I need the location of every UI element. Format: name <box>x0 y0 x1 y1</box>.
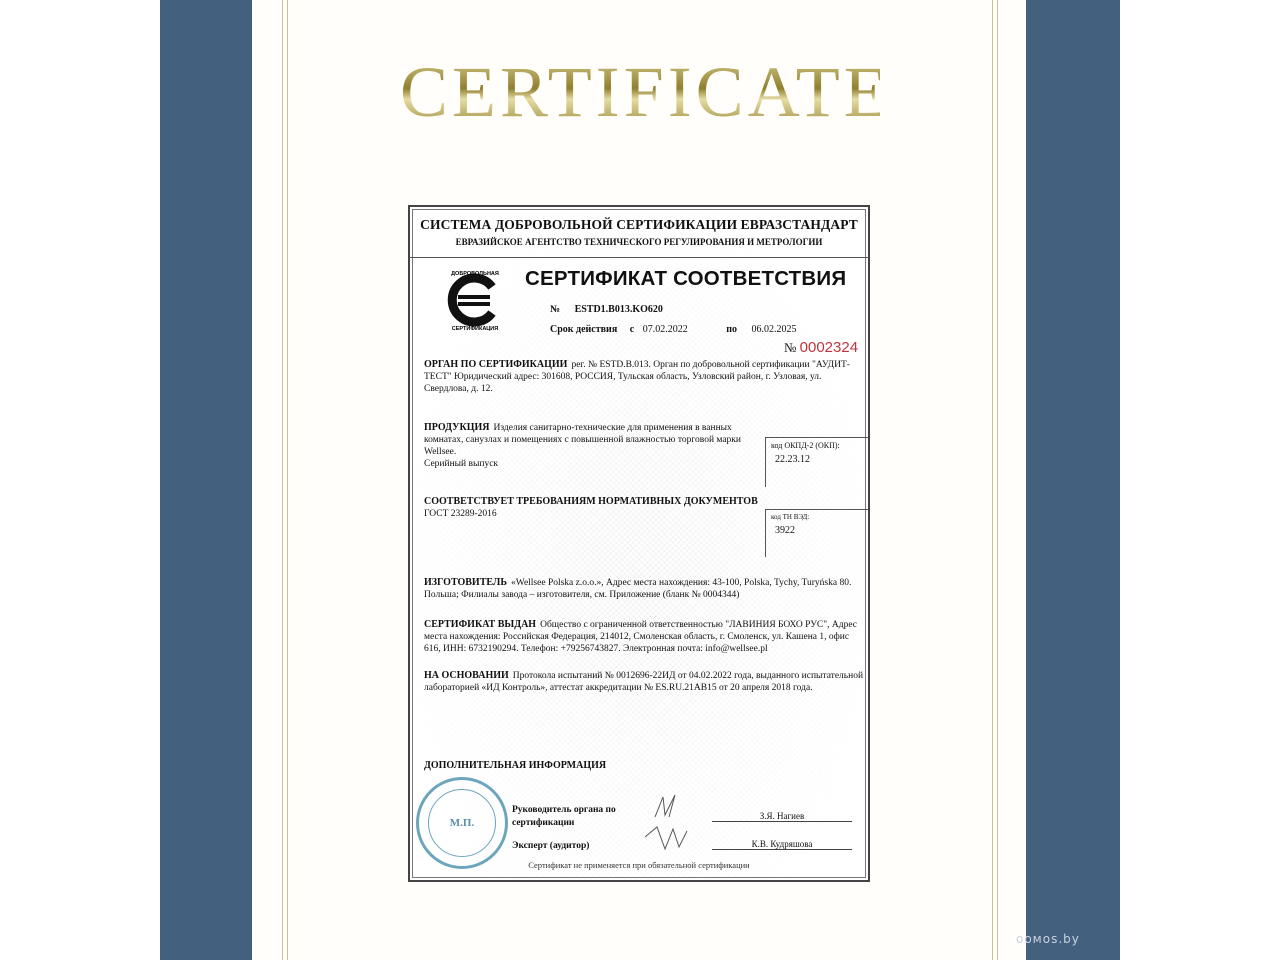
basis-section: НА ОСНОВАНИИПротокола испытаний № 001269… <box>424 670 864 694</box>
svg-text:СЕРТИФИКАЦИЯ: СЕРТИФИКАЦИЯ <box>452 326 498 331</box>
left-blue-panel <box>160 0 252 960</box>
certificate-title: СЕРТИФИКАТ СООТВЕТСТВИЯ <box>525 267 846 291</box>
okpd-box: код ОКПД-2 (ОКП): 22.23.12 <box>765 437 868 487</box>
gold-border-line <box>997 0 998 960</box>
hero-title: CERTIFICATE <box>400 56 880 128</box>
certification-body-section: ОРГАН ПО СЕРТИФИКАЦИИрег. № ESTD.B.013. … <box>424 359 864 395</box>
serial-row: № 0002324 <box>784 339 858 356</box>
serial-number: 0002324 <box>800 339 858 356</box>
audit-test-stamp-icon: М.П. <box>416 777 508 869</box>
to-label: по <box>726 324 737 335</box>
certificate-document: СИСТЕМА ДОБРОВОЛЬНОЙ СЕРТИФИКАЦИИ ЕВРАЗС… <box>408 205 870 882</box>
system-subtitle: ЕВРАЗИЙСКОЕ АГЕНТСТВО ТЕХНИЧЕСКОГО РЕГУЛ… <box>410 237 868 247</box>
gold-border-line <box>287 0 288 960</box>
okpd-label: код ОКПД-2 (ОКП): <box>771 441 863 450</box>
right-blue-panel <box>1026 0 1120 960</box>
valid-to: 06.02.2025 <box>751 324 796 335</box>
serial-label: № <box>784 340 796 355</box>
stamp-text: М.П. <box>428 789 496 857</box>
site-watermark: ooмos.by <box>1016 932 1080 946</box>
head-name: З.Я. Нагиев <box>712 811 852 822</box>
expert-label: Эксперт (аудитор) <box>512 840 589 853</box>
head-label: Руководитель органа по сертификации <box>512 804 632 830</box>
gold-border-line <box>282 0 283 960</box>
issued-to-section: СЕРТИФИКАТ ВЫДАНОбщество с ограниченной … <box>424 619 864 655</box>
valid-from: 07.02.2022 <box>643 324 688 335</box>
manufacturer-label: ИЗГОТОВИТЕЛЬ <box>424 577 507 588</box>
issued-label: СЕРТИФИКАТ ВЫДАН <box>424 619 536 630</box>
validity-row: Срок действия с 07.02.2022 по 06.02.2025 <box>550 324 796 335</box>
product-release: Серийный выпуск <box>424 458 764 470</box>
basis-label: НА ОСНОВАНИИ <box>424 670 509 681</box>
footer-note: Сертификат не применяется при обязательн… <box>410 860 868 870</box>
certificate-number-row: № ESTD1.B013.KO620 <box>550 304 663 315</box>
body-label: ОРГАН ПО СЕРТИФИКАЦИИ <box>424 359 567 370</box>
tnved-value: 3922 <box>775 525 863 536</box>
additional-info-label: ДОПОЛНИТЕЛЬНАЯ ИНФОРМАЦИЯ <box>424 760 864 772</box>
number-label: № <box>550 304 560 315</box>
expert-name: К.В. Кудряшова <box>712 839 852 850</box>
euro-c-certification-logo-icon: ДОБРОВОЛЬНАЯ СЕРТИФИКАЦИЯ <box>444 269 506 331</box>
gold-border-line <box>992 0 993 960</box>
product-label: ПРОДУКЦИЯ <box>424 422 489 433</box>
signature-scribble-icon <box>635 787 705 862</box>
manufacturer-section: ИЗГОТОВИТЕЛЬ«Wellsee Polska z.o.o.», Адр… <box>424 577 864 601</box>
svg-text:ДОБРОВОЛЬНАЯ: ДОБРОВОЛЬНАЯ <box>451 271 499 277</box>
from-label: с <box>630 324 634 335</box>
certificate-header: СИСТЕМА ДОБРОВОЛЬНОЙ СЕРТИФИКАЦИИ ЕВРАЗС… <box>410 207 868 258</box>
okpd-value: 22.23.12 <box>775 454 863 465</box>
validity-label: Срок действия <box>550 324 617 335</box>
product-section: ПРОДУКЦИЯИзделия санитарно-технические д… <box>424 422 764 470</box>
system-title: СИСТЕМА ДОБРОВОЛЬНОЙ СЕРТИФИКАЦИИ ЕВРАЗС… <box>410 217 868 233</box>
tnved-label: код ТН ВЭД: <box>771 513 863 521</box>
certificate-number: ESTD1.B013.KO620 <box>575 304 663 315</box>
tnved-box: код ТН ВЭД: 3922 <box>765 509 868 557</box>
compliance-label: СООТВЕТСТВУЕТ ТРЕБОВАНИЯМ НОРМАТИВНЫХ ДО… <box>424 496 860 508</box>
